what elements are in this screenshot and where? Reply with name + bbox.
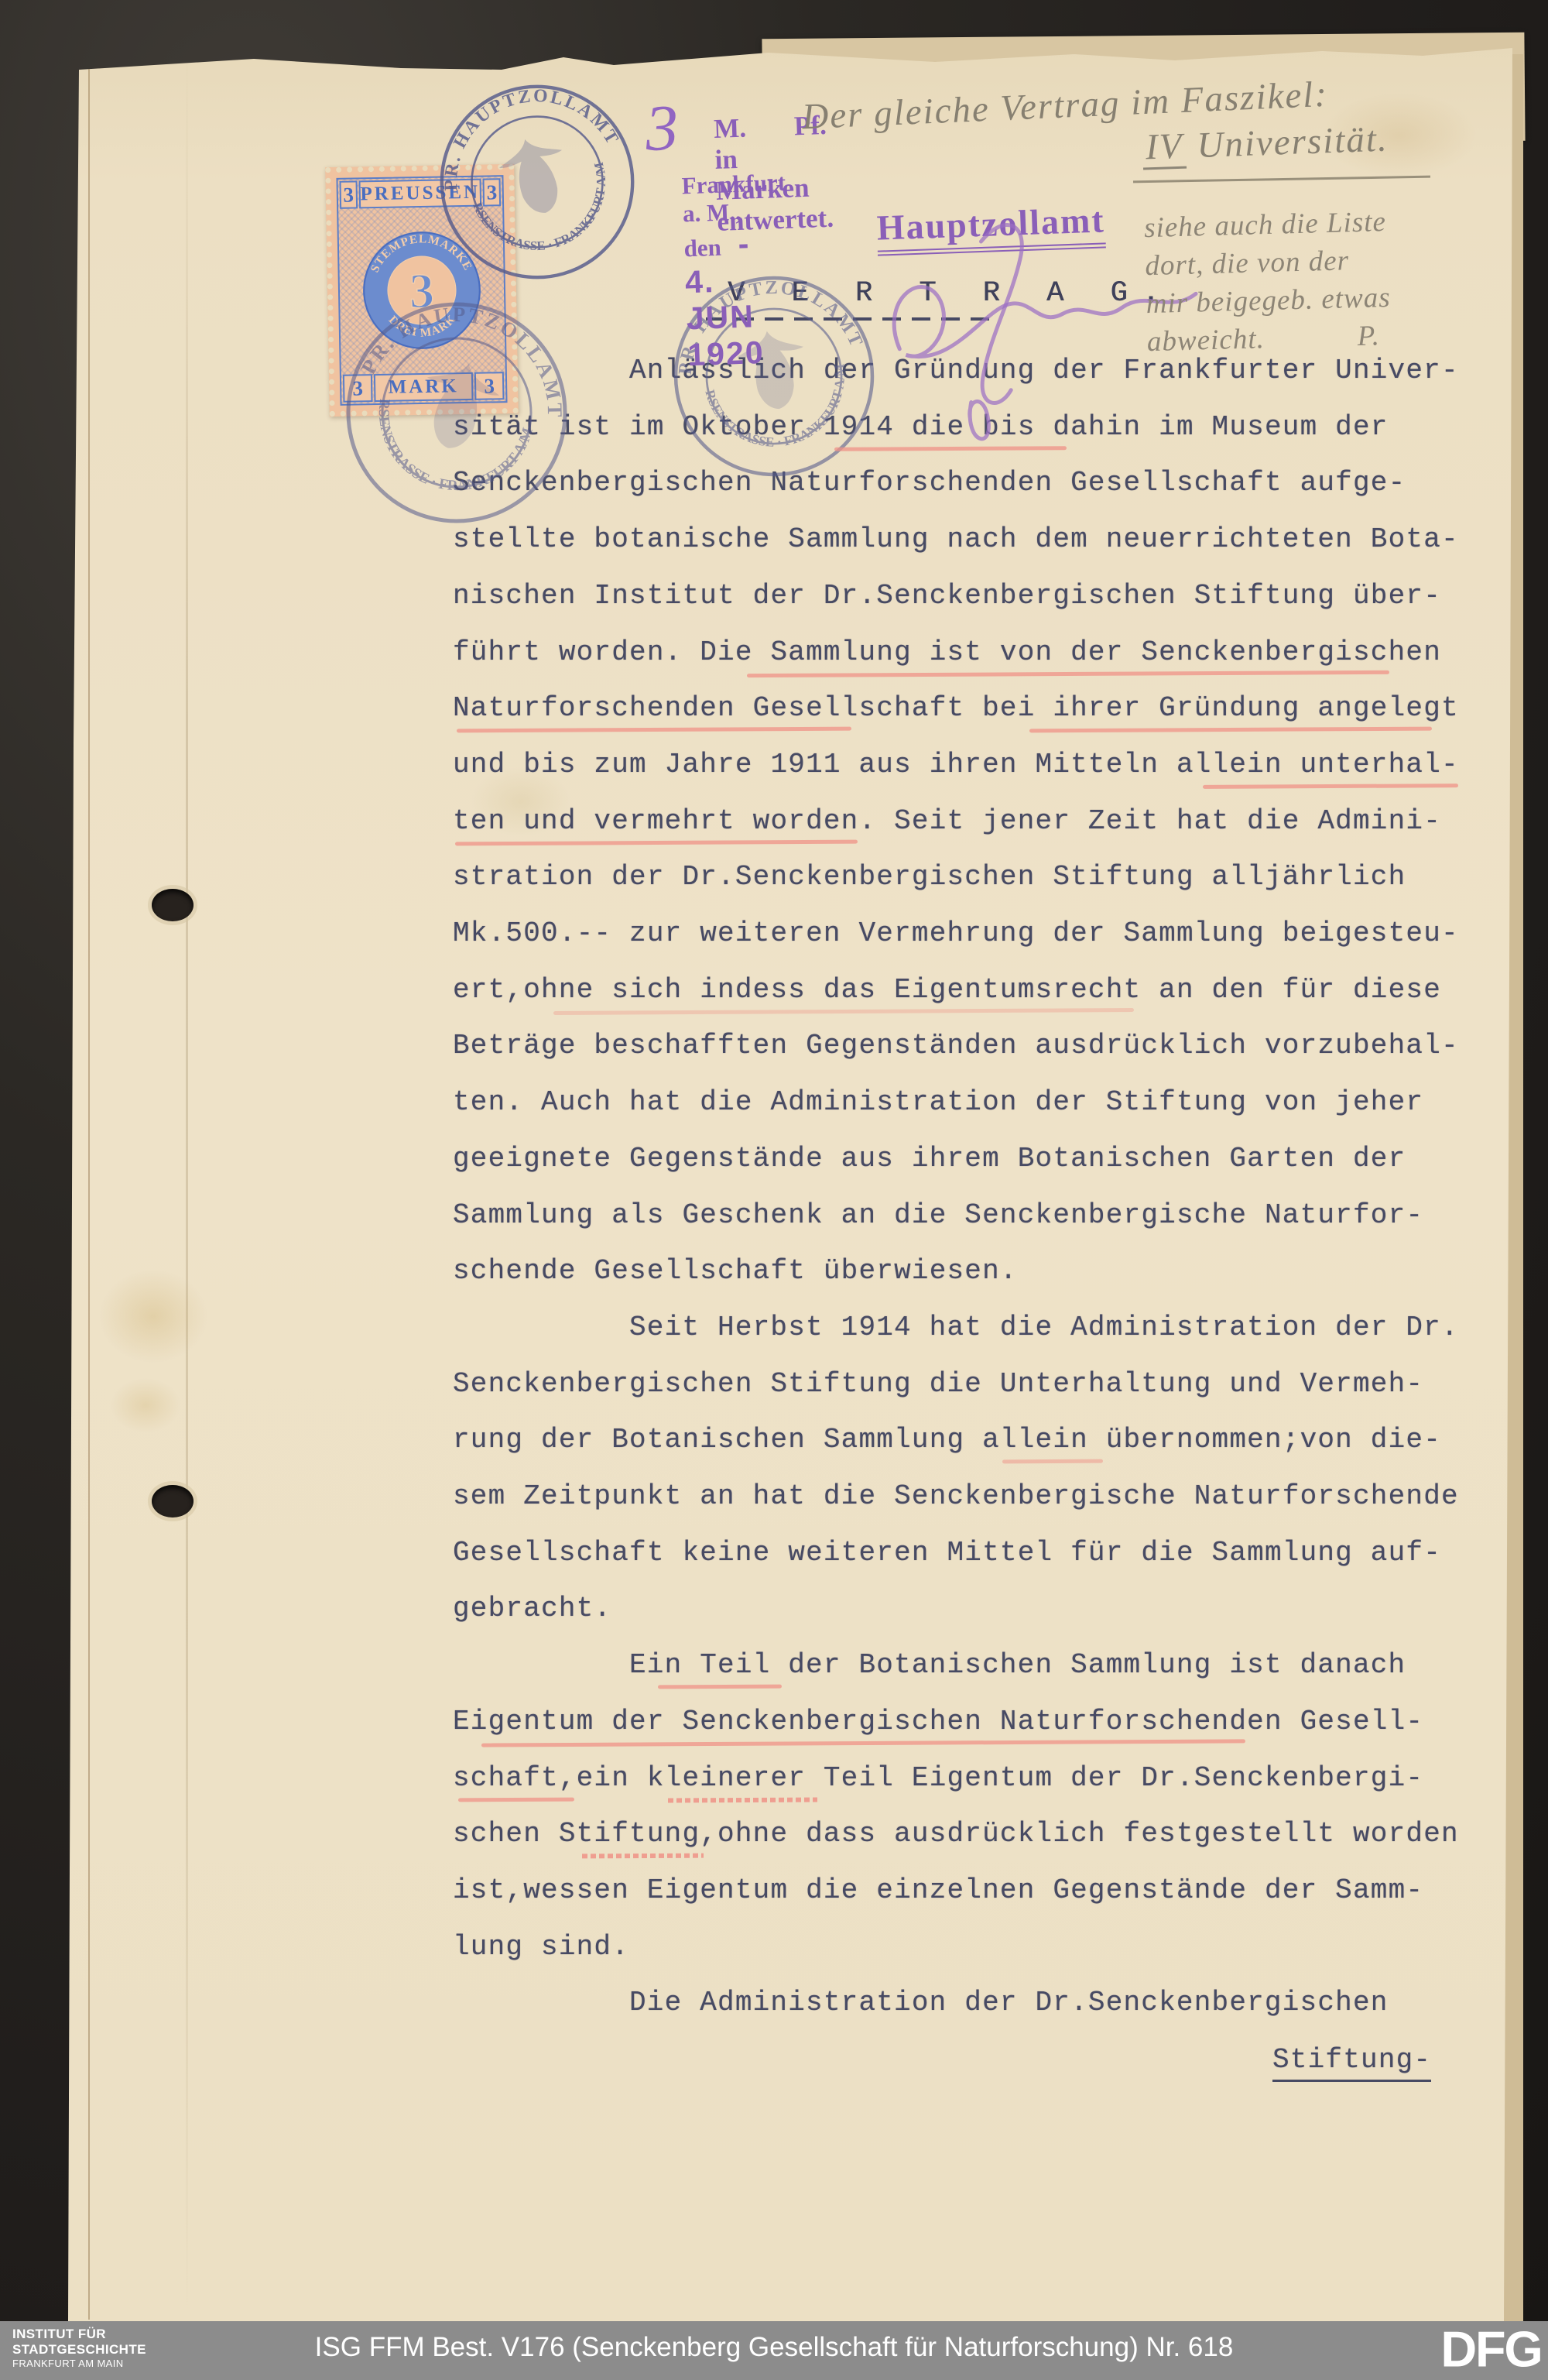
typed-line: nischen Institut der Dr.Senckenbergische… <box>453 580 1441 612</box>
red-underline <box>658 1685 782 1689</box>
stamp-center-value: 3 <box>409 263 434 319</box>
typed-line: ten und vermehrt worden. Seit jener Zeit… <box>453 805 1441 837</box>
typed-line: schaft,ein kleinerer Teil Eigentum der D… <box>453 1762 1423 1794</box>
stamp-value-corner: 3 <box>343 374 373 403</box>
typed-line: ist,wessen Eigentum die einzelnen Gegens… <box>453 1874 1423 1906</box>
pencil-side-word: abweicht. <box>1146 323 1265 358</box>
stamp-value-corner: 3 <box>483 178 501 206</box>
stain <box>99 1270 207 1363</box>
red-underline <box>668 1797 817 1802</box>
typed-line: Naturforschenden Gesellschaft bei ihrer … <box>453 692 1459 724</box>
typed-line: Senckenbergischen Stiftung die Unterhalt… <box>453 1368 1423 1400</box>
typed-line: Beträge beschafften Gegenständen ausdrüc… <box>453 1030 1459 1061</box>
typed-line: schende Gesellschaft überwiesen. <box>453 1255 1018 1287</box>
archive-footer-bar: INSTITUT FÜR STADTGESCHICHTE FRANKFURT A… <box>0 2321 1548 2380</box>
pencil-roman-numeral: IV <box>1142 126 1187 170</box>
typed-line: Eigentum der Senckenbergischen Naturfors… <box>453 1706 1423 1737</box>
scan-background: 3 PREUSSEN 3 STEMPELMARKE DREI MARK <box>0 0 1548 2380</box>
pencil-note-side: siehe auch die Liste dort, die von der m… <box>1144 200 1512 361</box>
typed-line: schen Stiftung,ohne dass ausdrücklich fe… <box>453 1818 1459 1850</box>
cancellation-line2: Frankfurt a. M., den- 4. JUN 1920 <box>681 169 792 374</box>
typed-line: ten. Auch hat die Administration der Sti… <box>453 1086 1423 1118</box>
typed-line: gebracht. <box>453 1593 611 1624</box>
typed-line: Gesellschaft keine weiteren Mittel für d… <box>453 1537 1441 1569</box>
typed-line: rung der Botanischen Sammlung allein übe… <box>453 1424 1441 1456</box>
typed-line: führt worden. Die Sammlung ist von der S… <box>453 636 1441 668</box>
paper: 3 PREUSSEN 3 STEMPELMARKE DREI MARK <box>68 46 1517 2323</box>
cancellation-currency: M. <box>714 113 747 144</box>
typed-line: Ein Teil der Botanischen Sammlung ist da… <box>629 1649 1406 1681</box>
typed-line: stellte botanische Sammlung nach dem neu… <box>453 523 1459 555</box>
cancellation-place: Frankfurt a. M., den <box>681 169 786 262</box>
archive-reference: ISG FFM Best. V176 (Senckenberg Gesellsc… <box>0 2332 1548 2363</box>
typed-line: Sammlung als Geschenk an die Senckenberg… <box>453 1199 1423 1231</box>
catchword: Stiftung- <box>1272 2044 1431 2082</box>
typed-line: Seit Herbst 1914 hat die Administration … <box>629 1312 1459 1343</box>
typed-line: und bis zum Jahre 1911 aus ihren Mitteln… <box>453 749 1459 780</box>
pencil-initial: P. <box>1357 320 1380 352</box>
pencil-note-ref: IVUniversität. <box>1142 118 1389 168</box>
stamp-value-corner: 3 <box>340 180 358 208</box>
punch-hole <box>152 1485 193 1518</box>
typed-line: Mk.500.-- zur weiteren Vermehrung der Sa… <box>453 917 1459 949</box>
pencil-ref-text: Universität. <box>1197 118 1389 166</box>
typed-line: geeignete Gegenstände aus ihrem Botanisc… <box>453 1143 1406 1175</box>
typed-line: sem Zeitpunkt an hat die Senckenbergisch… <box>453 1480 1459 1512</box>
pencil-underline <box>1133 176 1430 183</box>
stamp-center: STEMPELMARKE DREI MARK 3 <box>338 207 505 373</box>
paper-edge-line <box>88 62 90 2320</box>
dfg-logo: DFG <box>1441 2320 1542 2378</box>
punch-hole <box>152 889 193 921</box>
stamp-top-row: 3 PREUSSEN 3 <box>337 177 502 211</box>
typed-line: Die Administration der Dr.Senckenbergisc… <box>629 1987 1389 2018</box>
stamp-country-banner: PREUSSEN <box>358 179 481 209</box>
typed-line: lung sind. <box>453 1931 629 1963</box>
red-underline <box>458 1797 574 1802</box>
handwritten-amount: 3 <box>644 91 679 166</box>
stamp-center-medallion: STEMPELMARKE DREI MARK 3 <box>352 221 491 359</box>
typed-line: ert,ohne sich indess das Eigentumsrecht … <box>453 974 1441 1006</box>
fold-crease <box>186 46 188 2323</box>
typed-lines: Anlässlich der Gründung der Frankfurter … <box>453 355 1482 2058</box>
red-underline <box>582 1854 704 1859</box>
stain <box>111 1378 180 1432</box>
typed-line: stration der Dr.Senckenbergischen Stiftu… <box>453 861 1406 893</box>
